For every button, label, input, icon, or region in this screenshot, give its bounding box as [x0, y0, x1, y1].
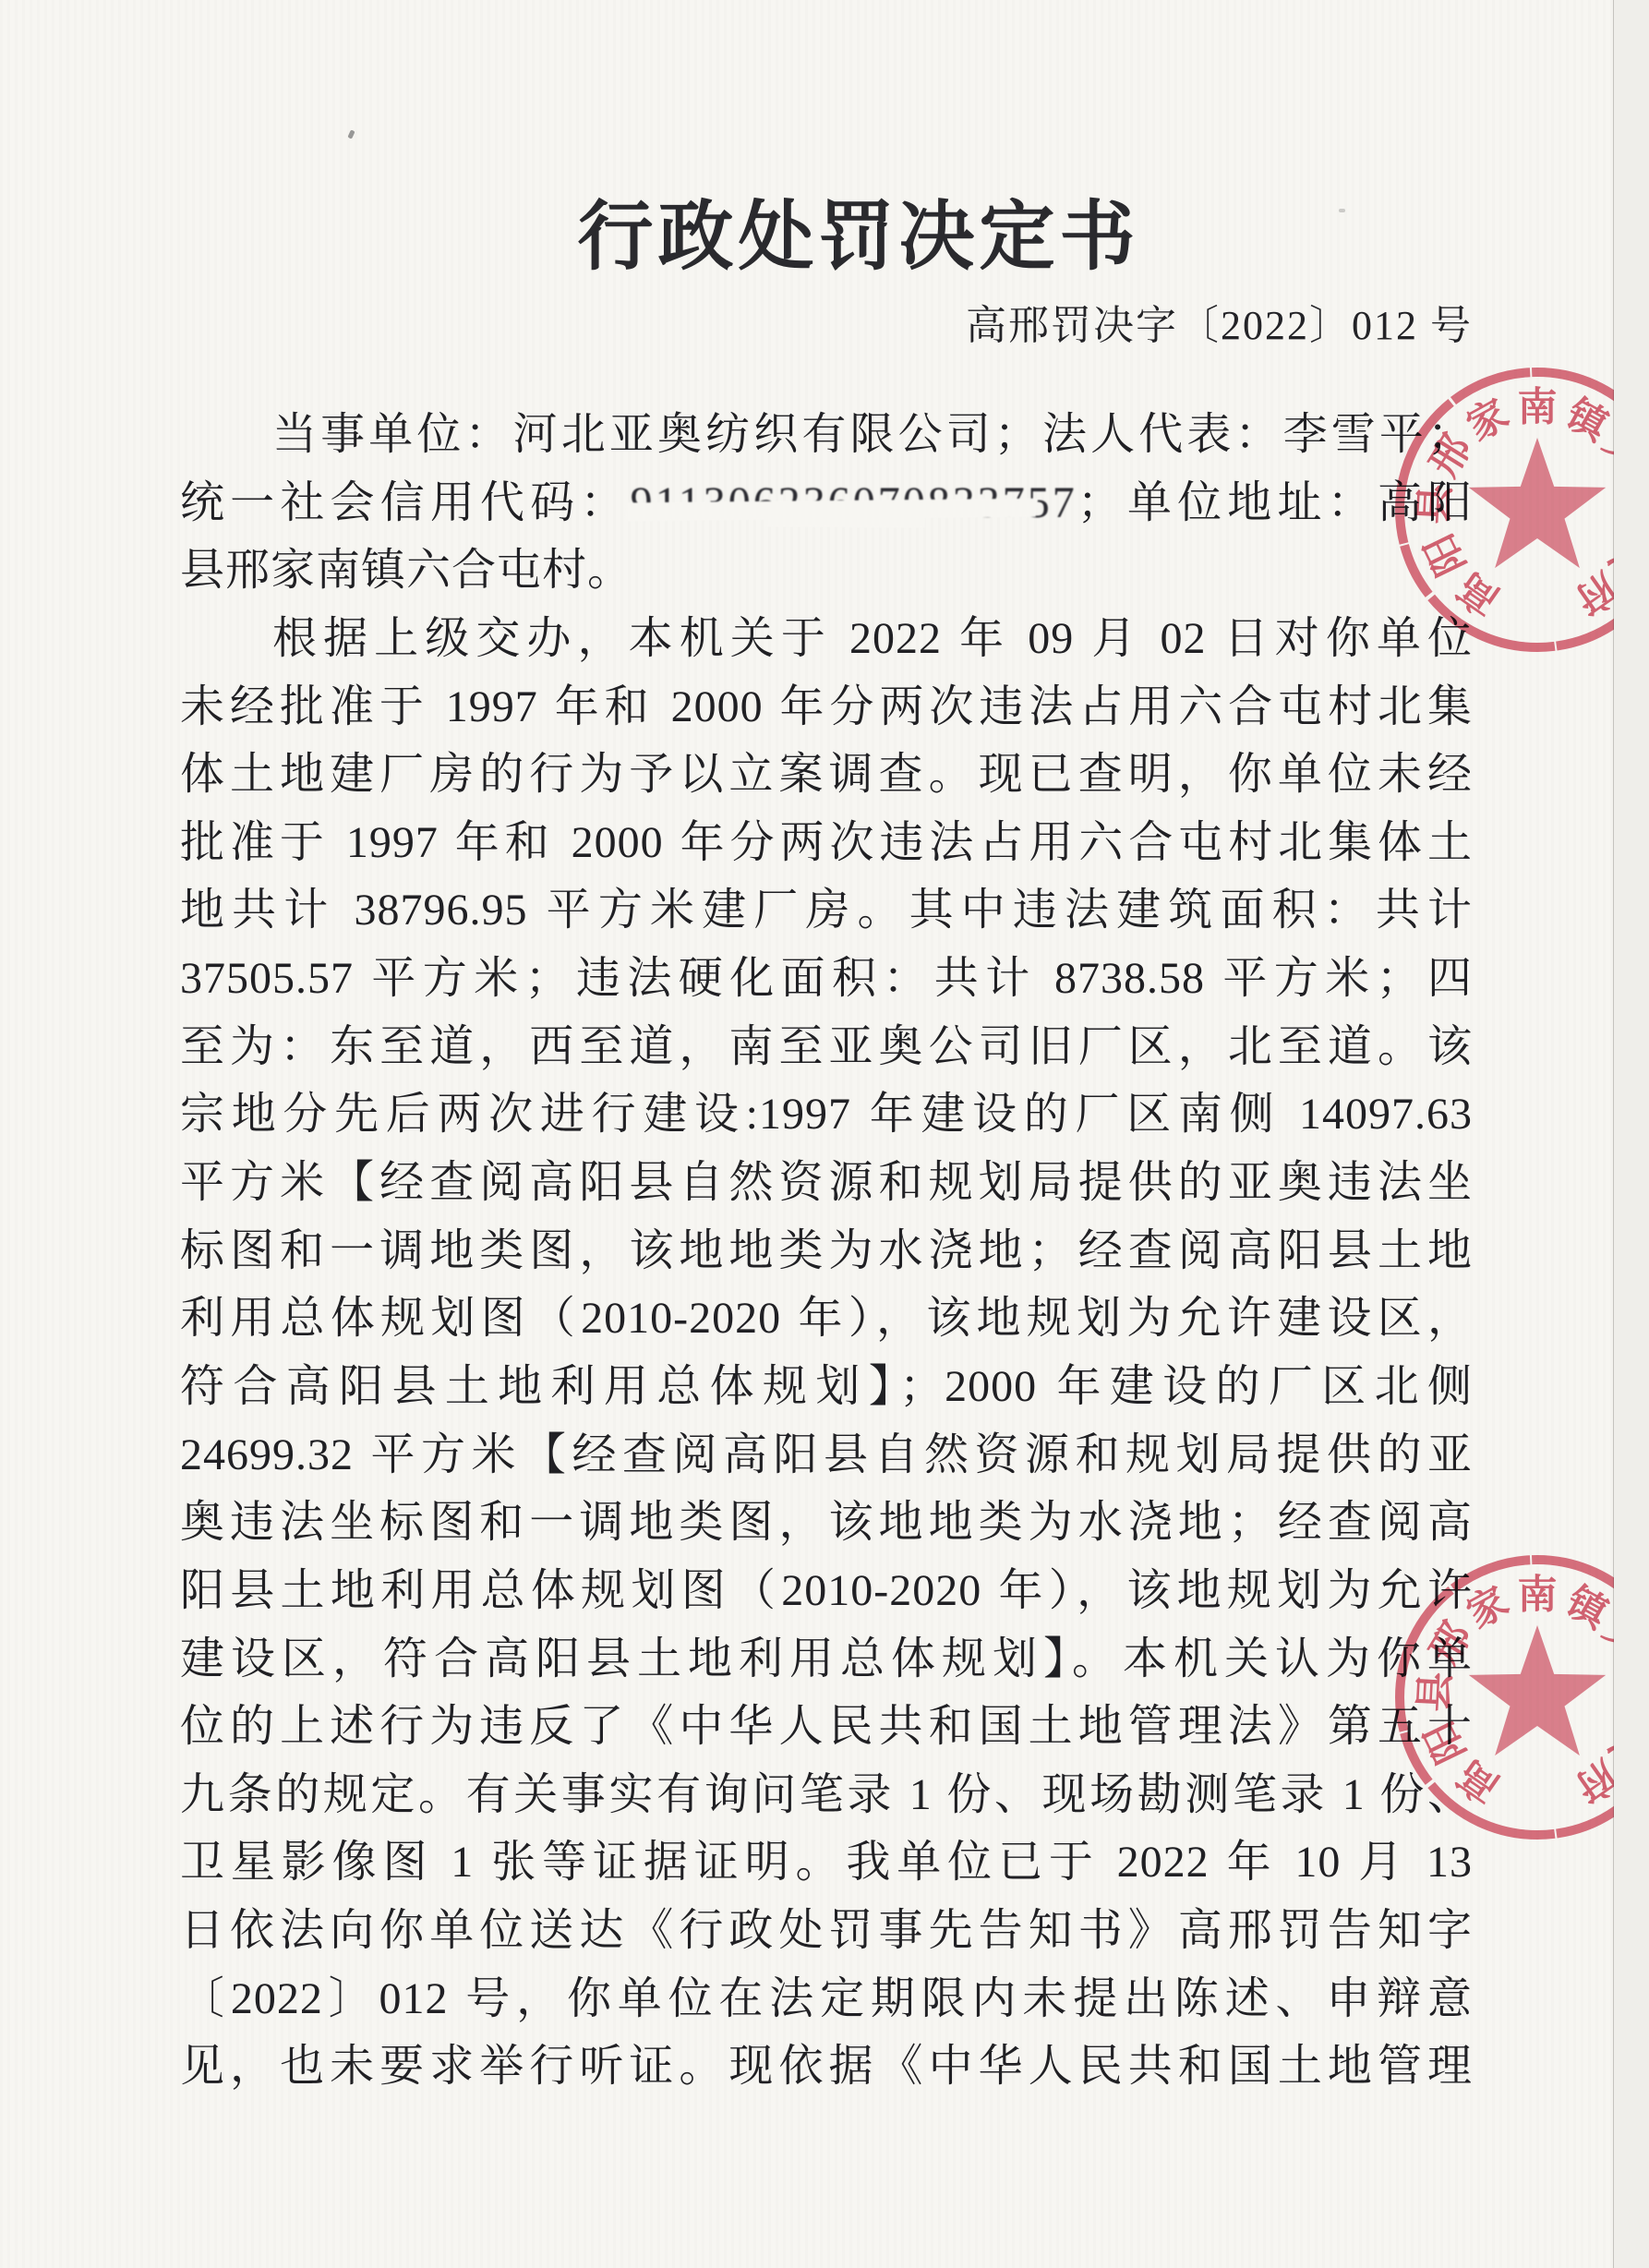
text-line: 卫星影像图 1 张等证据证明。我单位已于 2022 年 10 月 13	[180, 1828, 1473, 1897]
text-segment: 见，也未要求举行听证。现依据《中华人民共和国土地管理	[180, 2042, 1473, 2091]
document-title: 行政处罚决定书	[180, 190, 1473, 284]
paragraph: 根据上级交办，本机关于 2022 年 09 月 02 日对你单位未经批准于 19…	[180, 605, 1473, 2101]
text-segment: 日依法向你单位送达《行政处罚事先告知书》高邢罚告知字	[180, 1906, 1473, 1955]
text-segment: 标图和一调地类图，该地地类为水浇地；经查阅高阳县土地	[180, 1226, 1473, 1275]
text-segment: 利用总体规划图（2010-2020 年），该地规划为允许建设区，	[180, 1294, 1473, 1343]
text-line: 阳县土地利用总体规划图（2010-2020 年），该地规划为允许	[180, 1557, 1473, 1625]
seal-arc-char: 人	[1595, 428, 1614, 484]
seal-star	[1469, 1625, 1606, 1755]
text-segment: ；单位地址：高阳	[1077, 478, 1473, 527]
text-line: 未经批准于 1997 年和 2000 年分两次违法占用六合屯村北集	[180, 673, 1473, 742]
text-line: 批准于 1997 年和 2000 年分两次违法占用六合屯村北集体土	[180, 809, 1473, 877]
text-line: 标图和一调地类图，该地地类为水浇地；经查阅高阳县土地	[180, 1217, 1473, 1285]
seal-arc-char: 人	[1595, 1615, 1614, 1671]
text-segment: 统一社会信用代码：	[180, 478, 631, 527]
text-segment: 卫星影像图 1 张等证据证明。我单位已于 2022 年 10 月 13	[180, 1838, 1473, 1887]
seal-star	[1469, 438, 1606, 568]
seal-arc-char: 府	[1567, 564, 1614, 623]
scan-speck	[1339, 209, 1345, 212]
text-line: 建设区，符合高阳县土地利用总体规划】。本机关认为你单	[180, 1625, 1473, 1694]
text-segment: 批准于 1997 年和 2000 年分两次违法占用六合屯村北集体土	[180, 818, 1473, 867]
text-segment: 当事单位：河北亚奥纺织有限公司；法人代表：李雪平；	[272, 410, 1473, 459]
text-line: 统一社会信用代码：911306236070833757；单位地址：高阳	[180, 469, 1473, 537]
text-segment: 根据上级交办，本机关于 2022 年 09 月 02 日对你单位	[272, 614, 1473, 663]
text-line: 位的上述行为违反了《中华人民共和国土地管理法》第五十	[180, 1693, 1473, 1761]
text-segment: 体土地建厂房的行为予以立案调查。现已查明，你单位未经	[180, 750, 1473, 799]
seal-arc-char: 镇	[1559, 1579, 1614, 1638]
seal-arc-char: 政	[1600, 527, 1614, 583]
text-line: 体土地建厂房的行为予以立案调查。现已查明，你单位未经	[180, 741, 1473, 809]
text-line: 根据上级交办，本机关于 2022 年 09 月 02 日对你单位	[180, 605, 1473, 673]
text-line: 24699.32 平方米【经查阅高阳县自然资源和规划局提供的亚	[180, 1421, 1473, 1490]
seal-arc-char: 府	[1567, 1752, 1614, 1811]
text-segment: 平方米【经查阅高阳县自然资源和规划局提供的亚奥违法坐	[180, 1158, 1473, 1207]
text-segment: 阳县土地利用总体规划图（2010-2020 年），该地规划为允许	[180, 1566, 1473, 1615]
document-number: 高邢罚决字〔2022〕012 号	[180, 299, 1473, 353]
paragraph: 当事单位：河北亚奥纺织有限公司；法人代表：李雪平；统一社会信用代码：911306…	[180, 401, 1473, 605]
text-segment: 九条的规定。有关事实有询问笔录 1 份、现场勘测笔录 1 份、	[180, 1770, 1473, 1819]
text-line: 至为：东至道，西至道，南至亚奥公司旧厂区，北至道。该	[180, 1013, 1473, 1081]
text-line: 县邢家南镇六合屯村。	[180, 537, 1473, 605]
text-segment: 位的上述行为违反了《中华人民共和国土地管理法》第五十	[180, 1702, 1473, 1751]
text-line: 符合高阳县土地利用总体规划】；2000 年建设的厂区北侧	[180, 1353, 1473, 1421]
text-line: 地共计 38796.95 平方米建厂房。其中违法建筑面积：共计	[180, 876, 1473, 945]
text-segment: 奥违法坐标图和一调地类图，该地地类为水浇地；经查阅高	[180, 1498, 1473, 1547]
text-segment: 县邢家南镇六合屯村。	[180, 546, 632, 595]
text-segment: 37505.57 平方米；违法硬化面积：共计 8738.58 平方米；四	[180, 954, 1473, 1003]
text-line: 平方米【经查阅高阳县自然资源和规划局提供的亚奥违法坐	[180, 1149, 1473, 1217]
text-line: 当事单位：河北亚奥纺织有限公司；法人代表：李雪平；	[180, 401, 1473, 469]
text-segment: 建设区，符合高阳县土地利用总体规划】。本机关认为你单	[180, 1635, 1473, 1683]
text-line: 见，也未要求举行听证。现依据《中华人民共和国土地管理	[180, 2033, 1473, 2101]
redacted-credit-code: 911306236070833757	[631, 469, 1077, 537]
text-line: 宗地分先后两次进行建设:1997 年建设的厂区南侧 14097.63	[180, 1080, 1473, 1149]
text-segment: 宗地分先后两次进行建设:1997 年建设的厂区南侧 14097.63	[180, 1090, 1473, 1139]
text-segment: 〔2022〕012 号，你单位在法定期限内未提出陈述、申辩意	[180, 1974, 1473, 2023]
scanned-document-page: 行政处罚决定书 高邢罚决字〔2022〕012 号 当事单位：河北亚奥纺织有限公司…	[0, 0, 1649, 2268]
document-body: 当事单位：河北亚奥纺织有限公司；法人代表：李雪平；统一社会信用代码：911306…	[180, 401, 1473, 2101]
text-segment: 符合高阳县土地利用总体规划】；2000 年建设的厂区北侧	[180, 1362, 1473, 1411]
text-line: 37505.57 平方米；违法硬化面积：共计 8738.58 平方米；四	[180, 945, 1473, 1013]
seal-arc-char: 镇	[1559, 392, 1614, 451]
scan-edge-strip	[1613, 0, 1649, 2268]
seal-arc-char: 南	[1518, 1574, 1558, 1618]
seal-arc-char: 南	[1518, 386, 1558, 430]
text-segment: 地共计 38796.95 平方米建厂房。其中违法建筑面积：共计	[180, 886, 1473, 935]
seal-arc-char: 政	[1600, 1715, 1614, 1770]
text-segment: 未经批准于 1997 年和 2000 年分两次违法占用六合屯村北集	[180, 682, 1473, 731]
scan-speck	[347, 129, 355, 139]
text-line: 日依法向你单位送达《行政处罚事先告知书》高邢罚告知字	[180, 1897, 1473, 1965]
text-line: 〔2022〕012 号，你单位在法定期限内未提出陈述、申辩意	[180, 1965, 1473, 2033]
text-line: 奥违法坐标图和一调地类图，该地地类为水浇地；经查阅高	[180, 1489, 1473, 1557]
text-line: 利用总体规划图（2010-2020 年），该地规划为允许建设区，	[180, 1285, 1473, 1353]
text-line: 九条的规定。有关事实有询问笔录 1 份、现场勘测笔录 1 份、	[180, 1761, 1473, 1829]
text-segment: 24699.32 平方米【经查阅高阳县自然资源和规划局提供的亚	[180, 1430, 1473, 1479]
paper-sheet: 行政处罚决定书 高邢罚决字〔2022〕012 号 当事单位：河北亚奥纺织有限公司…	[0, 0, 1614, 2268]
text-segment: 至为：东至道，西至道，南至亚奥公司旧厂区，北至道。该	[180, 1022, 1473, 1071]
